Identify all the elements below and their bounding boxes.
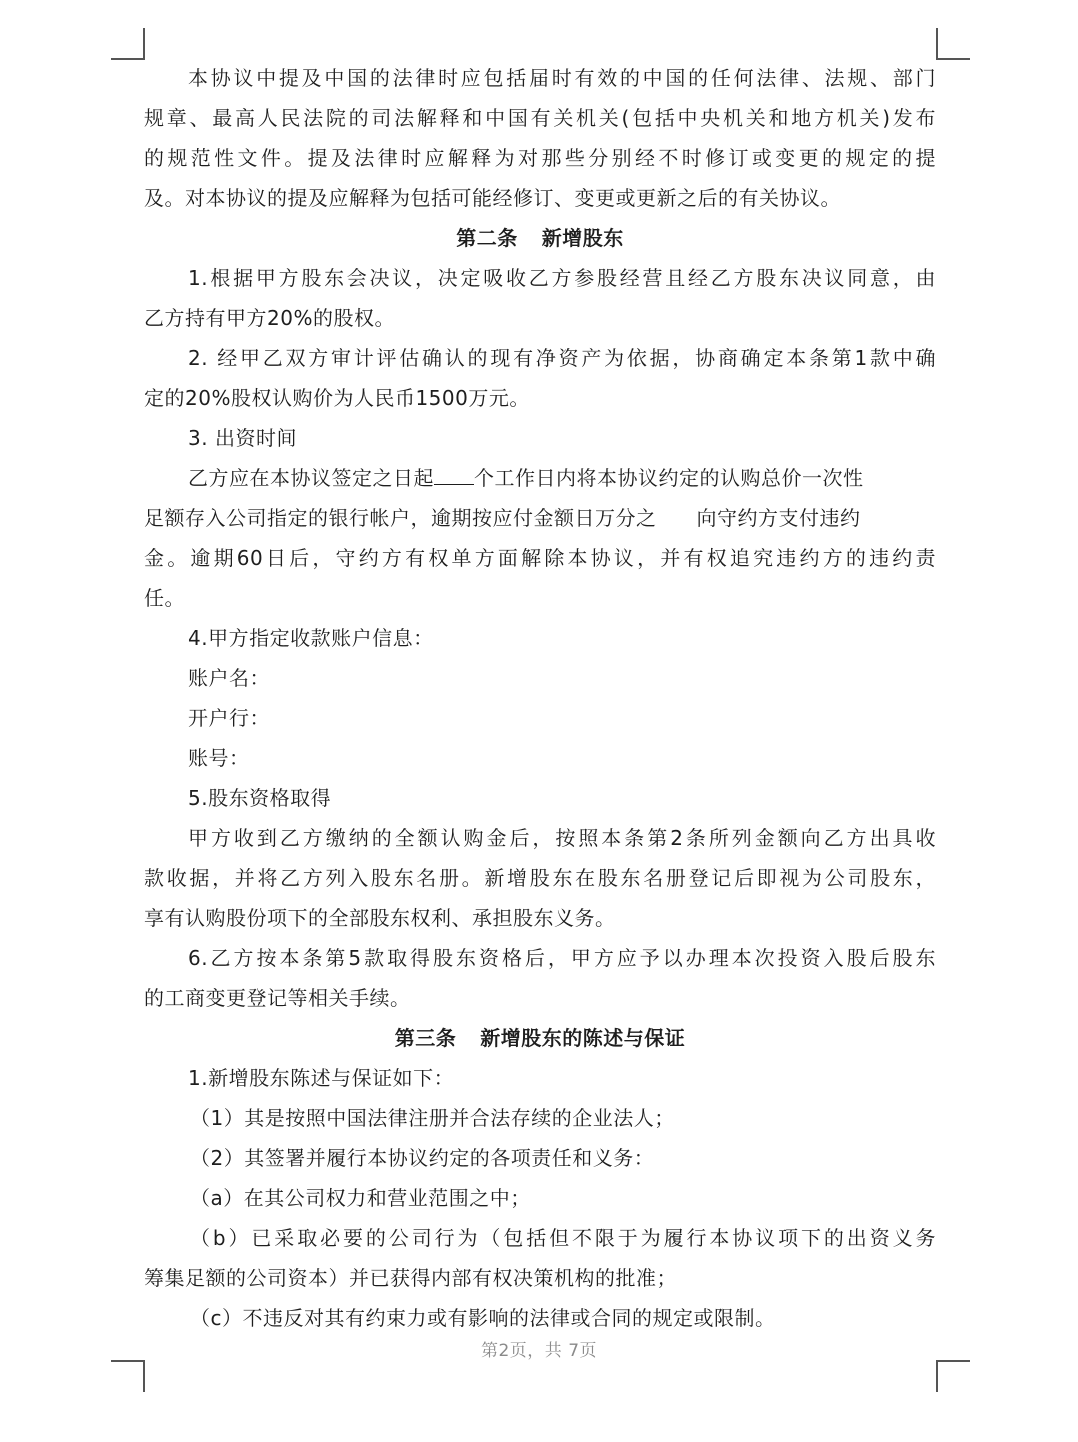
- article-2-clause-2: 2. 经甲乙双方审计评估确认的现有净资产为依据，协商确定本条第1款中确 定的20…: [144, 338, 936, 418]
- article-2-clause-5: 5.股东资格取得 甲方收到乙方缴纳的全额认购金后，按照本条第2条所列金额向乙方出…: [144, 778, 936, 938]
- list-item: （c）不违反对其有约束力或有影响的法律或合同的规定或限制。: [144, 1298, 936, 1338]
- account-name-label: 账户名：: [144, 658, 936, 698]
- document-page: 本协议中提及中国的法律时应包括届时有效的中国的任何法律、法规、部门 规章、最高人…: [144, 58, 936, 1338]
- intro-paragraph: 本协议中提及中国的法律时应包括届时有效的中国的任何法律、法规、部门 规章、最高人…: [144, 58, 936, 218]
- list-item: （a）在其公司权力和营业范围之中；: [144, 1178, 936, 1218]
- fill-in-blank-days: [434, 464, 474, 485]
- text-line: 乙方持有甲方20%的股权。: [144, 298, 936, 338]
- article-2-clause-1: 1.根据甲方股东会决议，决定吸收乙方参股经营且经乙方股东决议同意，由 乙方持有甲…: [144, 258, 936, 338]
- text-line: 任。: [144, 578, 936, 618]
- bank-label: 开户行：: [144, 698, 936, 738]
- text-segment: 个工作日内将本协议约定的认购总价一次性: [474, 466, 864, 490]
- text-line: 乙方应在本协议签定之日起个工作日内将本协议约定的认购总价一次性: [144, 458, 936, 498]
- crop-mark-top-right: [936, 28, 970, 60]
- list-item: （b）已采取必要的公司行为（包括但不限于为履行本协议项下的出资义务: [144, 1218, 936, 1258]
- text-line: 的工商变更登记等相关手续。: [144, 978, 936, 1018]
- text-line: 定的20%股权认购价为人民币1500万元。: [144, 378, 936, 418]
- text-line: 的规范性文件。提及法律时应解释为对那些分别经不时修订或变更的规定的提: [144, 138, 936, 178]
- text-segment: 乙方应在本协议签定之日起: [188, 466, 434, 490]
- text-line: 款收据，并将乙方列入股东名册。新增股东在股东名册登记后即视为公司股东，: [144, 858, 936, 898]
- crop-mark-bottom-left: [111, 1360, 145, 1392]
- text-line: 甲方收到乙方缴纳的全额认购金后，按照本条第2条所列金额向乙方出具收: [144, 818, 936, 858]
- article-title: 新增股东: [542, 226, 624, 250]
- article-2-clause-6: 6.乙方按本条第5款取得股东资格后，甲方应予以办理本次投资入股后股东 的工商变更…: [144, 938, 936, 1018]
- text-segment: 向守约方支付违约: [697, 506, 861, 530]
- article-2-heading: 第二条新增股东: [144, 218, 936, 258]
- article-number: 第三条: [395, 1026, 457, 1050]
- article-2-clause-3: 3. 出资时间 乙方应在本协议签定之日起个工作日内将本协议约定的认购总价一次性 …: [144, 418, 936, 618]
- article-number: 第二条: [456, 226, 518, 250]
- text-line: 6.乙方按本条第5款取得股东资格后，甲方应予以办理本次投资入股后股东: [144, 938, 936, 978]
- crop-mark-bottom-right: [936, 1360, 970, 1392]
- crop-mark-top-left: [111, 28, 145, 60]
- article-title: 新增股东的陈述与保证: [480, 1026, 685, 1050]
- article-3-heading: 第三条新增股东的陈述与保证: [144, 1018, 936, 1058]
- clause-heading: 3. 出资时间: [144, 418, 936, 458]
- list-item: （1）其是按照中国法律注册并合法存续的企业法人；: [144, 1098, 936, 1138]
- clause-heading: 1.新增股东陈述与保证如下：: [144, 1058, 936, 1098]
- text-line: 1.根据甲方股东会决议，决定吸收乙方参股经营且经乙方股东决议同意，由: [144, 258, 936, 298]
- article-3-clause-1: 1.新增股东陈述与保证如下： （1）其是按照中国法律注册并合法存续的企业法人； …: [144, 1058, 936, 1338]
- page-number-footer: 第2页，共 7页: [0, 1336, 1078, 1361]
- text-line: 足额存入公司指定的银行帐户，逾期按应付金额日万分之向守约方支付违约: [144, 498, 936, 538]
- text-line: 享有认购股份项下的全部股东权利、承担股东义务。: [144, 898, 936, 938]
- text-line: 金。逾期60日后，守约方有权单方面解除本协议，并有权追究违约方的违约责: [144, 538, 936, 578]
- text-line: 规章、最高人民法院的司法解释和中国有关机关(包括中央机关和地方机关)发布: [144, 98, 936, 138]
- clause-heading: 5.股东资格取得: [144, 778, 936, 818]
- account-number-label: 账号：: [144, 738, 936, 778]
- article-2-clause-4: 4.甲方指定收款账户信息： 账户名： 开户行： 账号：: [144, 618, 936, 778]
- text-segment: 足额存入公司指定的银行帐户，逾期按应付金额日万分之: [144, 506, 657, 530]
- list-item: （2）其签署并履行本协议约定的各项责任和义务：: [144, 1138, 936, 1178]
- text-line: 及。对本协议的提及应解释为包括可能经修订、变更或更新之后的有关协议。: [144, 178, 936, 218]
- clause-heading: 4.甲方指定收款账户信息：: [144, 618, 936, 658]
- text-line: 本协议中提及中国的法律时应包括届时有效的中国的任何法律、法规、部门: [144, 58, 936, 98]
- text-line: 筹集足额的公司资本）并已获得内部有权决策机构的批准；: [144, 1258, 936, 1298]
- text-line: 2. 经甲乙双方审计评估确认的现有净资产为依据，协商确定本条第1款中确: [144, 338, 936, 378]
